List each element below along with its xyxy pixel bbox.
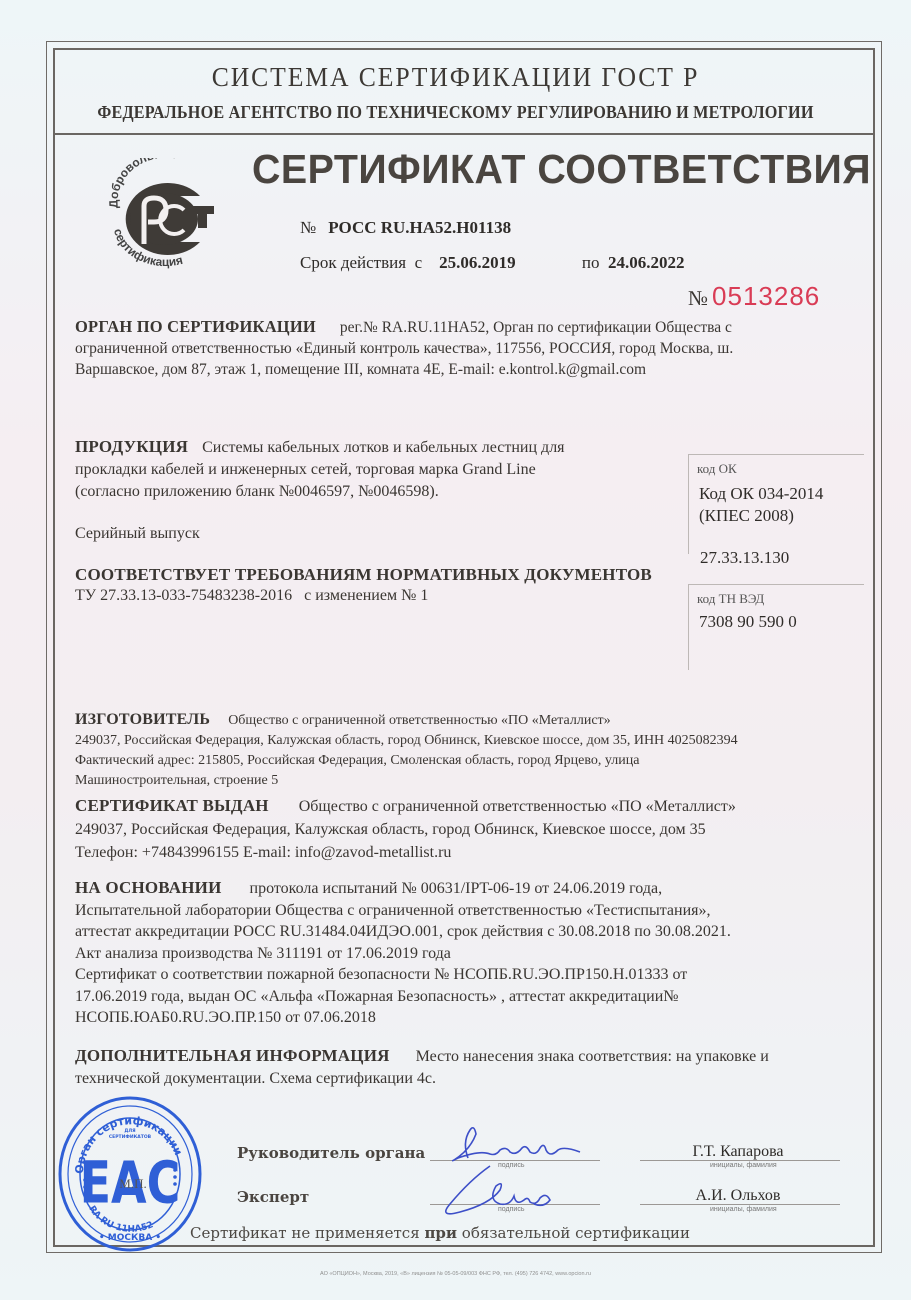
manufacturer-label: ИЗГОТОВИТЕЛЬ bbox=[75, 711, 210, 728]
svg-text:• МОСКВА •: • МОСКВА • bbox=[99, 1233, 161, 1243]
product-section: ПРОДУКЦИЯСистемы кабельных лотков и кабе… bbox=[75, 436, 565, 545]
basis-section: НА ОСНОВАНИИпротокола испытаний № 00631/… bbox=[75, 877, 731, 1029]
certification-body-label: ОРГАН ПО СЕРТИФИКАЦИИ bbox=[75, 317, 316, 336]
printer-footer: АО «ОПЦИОН», Москва, 2019, «В» лицензия … bbox=[0, 1271, 911, 1277]
tnved-code-box: код ТН ВЭД 7308 90 590 0 bbox=[688, 584, 864, 670]
validity-period: Срок действия с 25.06.2019 по 24.06.2022 bbox=[300, 253, 684, 273]
certificate-number-value: РОСС RU.НА52.Н01138 bbox=[328, 218, 511, 237]
issued-to-section: СЕРТИФИКАТ ВЫДАНОбщество с ограниченной … bbox=[75, 794, 736, 864]
manufacturer-section: ИЗГОТОВИТЕЛЬОбщество с ограниченной отве… bbox=[75, 710, 738, 791]
product-label: ПРОДУКЦИЯ bbox=[75, 437, 188, 456]
certificate-title: СЕРТИФИКАТ СООТВЕТСТВИЯ bbox=[252, 146, 871, 193]
valid-from-date: 25.06.2019 bbox=[439, 253, 516, 272]
svg-text:СЕРТИФИКАТОВ: СЕРТИФИКАТОВ bbox=[109, 1134, 152, 1140]
blank-serial-number: №0513286 bbox=[688, 281, 820, 312]
svg-text:ДЛЯ: ДЛЯ bbox=[124, 1128, 136, 1134]
expert-name-caption: инициалы, фамилия bbox=[710, 1206, 777, 1213]
valid-to-date: 24.06.2022 bbox=[608, 253, 685, 272]
disclaimer: Сертификат не применяется при обязательн… bbox=[190, 1224, 690, 1242]
agency-name: ФЕДЕРАЛЬНОЕ АГЕНТСТВО ПО ТЕХНИЧЕСКОМУ РЕ… bbox=[46, 102, 866, 123]
additional-info-label: ДОПОЛНИТЕЛЬНАЯ ИНФОРМАЦИЯ bbox=[75, 1046, 390, 1065]
certificate-number: №РОСС RU.НА52.Н01138 bbox=[300, 218, 511, 238]
expert-label: Эксперт bbox=[237, 1188, 309, 1207]
expert-name: А.И. Ольхов bbox=[643, 1187, 833, 1205]
head-name: Г.Т. Капарова bbox=[643, 1143, 833, 1161]
normative-document: ТУ 27.33.13-033-75483238-2016 с изменени… bbox=[75, 585, 670, 606]
certification-body-section: ОРГАН ПО СЕРТИФИКАЦИИрег.№ RA.RU.11НА52,… bbox=[75, 316, 733, 380]
header-divider bbox=[53, 133, 875, 135]
head-signature-icon bbox=[440, 1120, 590, 1165]
compliance-section: СООТВЕТСТВУЕТ ТРЕБОВАНИЯМ НОРМАТИВНЫХ ДО… bbox=[75, 564, 670, 606]
head-of-body-label: Руководитель органа bbox=[237, 1144, 425, 1163]
issued-to-label: СЕРТИФИКАТ ВЫДАН bbox=[75, 796, 269, 815]
ok-code-box: код ОК Код ОК 034-2014 (КПЕС 2008) bbox=[688, 454, 864, 554]
rst-logo-icon: Добровольная сертификация bbox=[104, 158, 226, 270]
basis-label: НА ОСНОВАНИИ bbox=[75, 878, 222, 897]
ok-code-value: 27.33.13.130 bbox=[700, 548, 789, 568]
additional-info-section: ДОПОЛНИТЕЛЬНАЯ ИНФОРМАЦИЯМесто нанесения… bbox=[75, 1045, 769, 1090]
head-name-caption: инициалы, фамилия bbox=[710, 1162, 777, 1169]
compliance-label: СООТВЕТСТВУЕТ ТРЕБОВАНИЯМ НОРМАТИВНЫХ ДО… bbox=[75, 564, 652, 585]
svg-text:М.П.: М.П. bbox=[119, 1176, 146, 1191]
eac-stamp-icon: Орган сертификации ДЛЯ СЕРТИФИКАТОВ ЕАС … bbox=[55, 1090, 205, 1255]
serial-release: Серийный выпуск bbox=[75, 523, 565, 545]
expert-signature-icon bbox=[430, 1160, 570, 1220]
certification-system-title: СИСТЕМА СЕРТИФИКАЦИИ ГОСТ Р bbox=[23, 62, 888, 93]
